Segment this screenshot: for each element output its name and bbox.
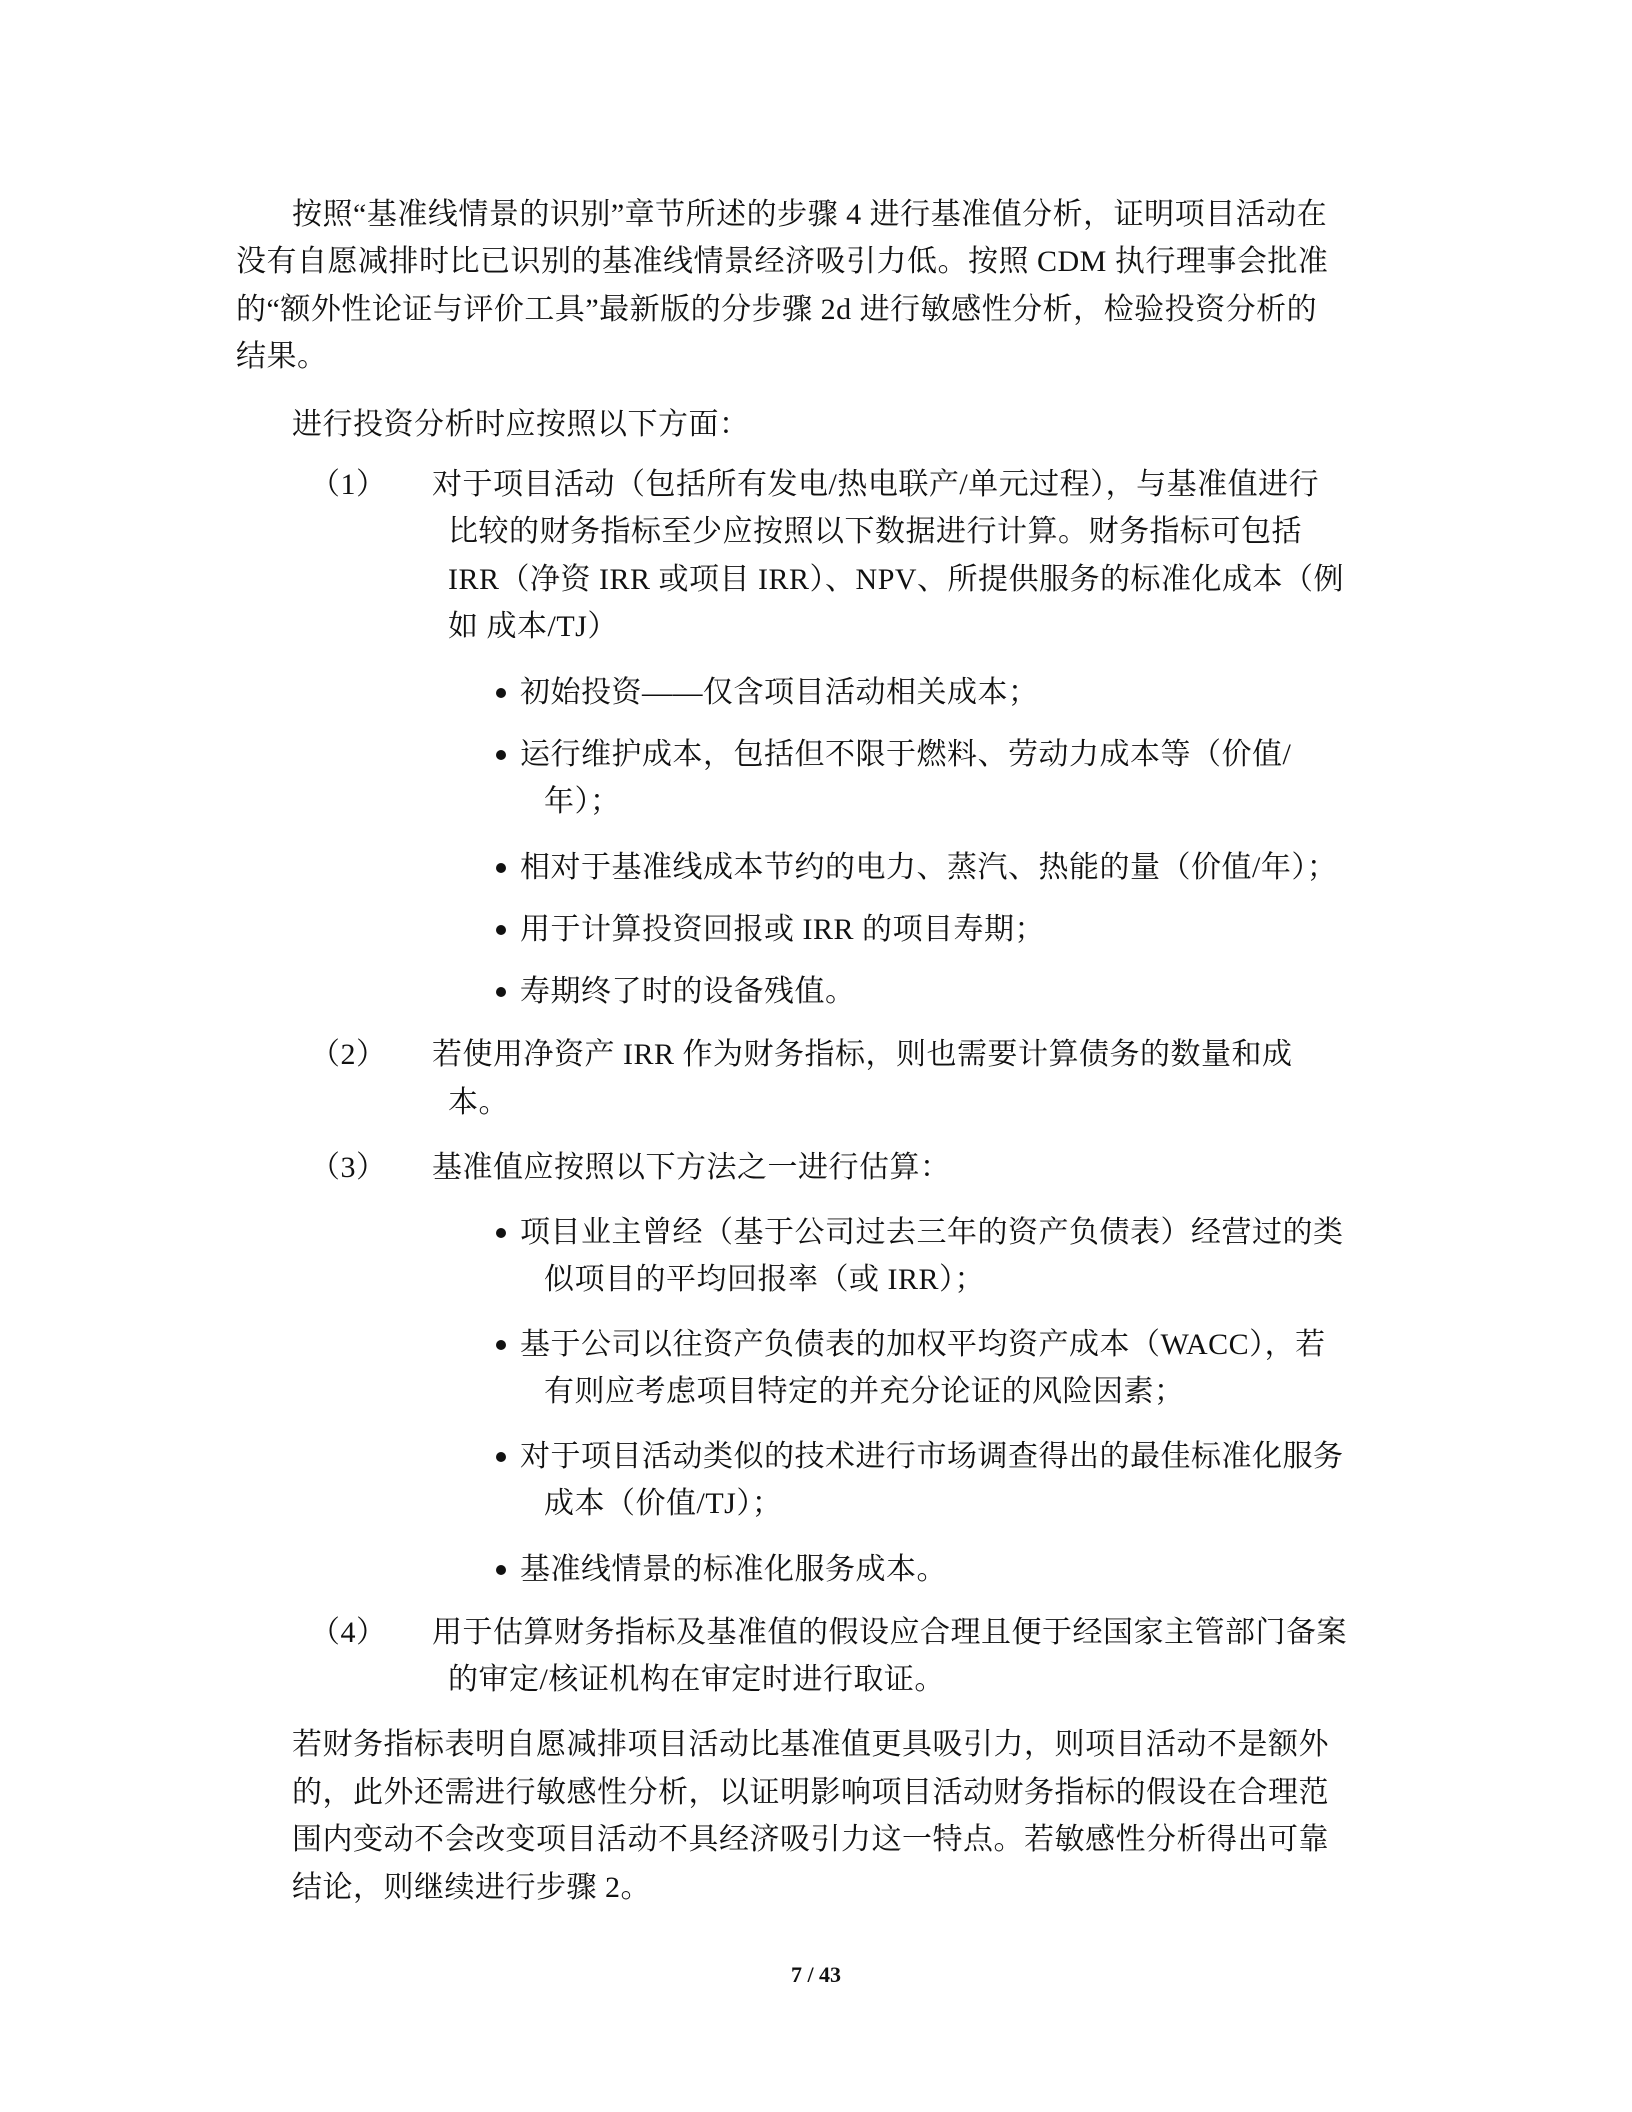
document-page: 按照“基准线情景的识别”章节所述的步骤 4 进行基准值分析，证明项目活动在 没有… (0, 0, 1632, 2112)
item-line: 比较的财务指标至少应按照以下数据进行计算。财务指标可包括 (448, 512, 1302, 552)
item-line: 本。 (448, 1083, 509, 1123)
item-label: （4） (310, 1613, 387, 1653)
bullet-icon (496, 1452, 506, 1462)
intro-text: 进行投资分析时应按照以下方面： (292, 405, 750, 445)
bullet-icon (496, 1340, 506, 1350)
item-line: 的审定/核证机构在审定时进行取证。 (448, 1660, 945, 1700)
item-line: 用于估算财务指标及基准值的假设应合理且便于经国家主管部门备案 (432, 1613, 1347, 1653)
bullet-continuation: 有则应考虑项目特定的并充分论证的风险因素； (544, 1372, 1185, 1412)
bullet-item: 用于计算投资回报或 IRR 的项目寿期； (496, 910, 1045, 950)
paragraph-line: 按照“基准线情景的识别”章节所述的步骤 4 进行基准值分析，证明项目活动在 (292, 195, 1327, 235)
item-line: 如 成本/TJ） (448, 607, 618, 647)
bullet-item: 对于项目活动类似的技术进行市场调查得出的最佳标准化服务 (496, 1437, 1344, 1477)
conclusion-line: 的，此外还需进行敏感性分析，以证明影响项目活动财务指标的假设在合理范 (292, 1773, 1329, 1813)
paragraph-line: 没有自愿减排时比已识别的基准线情景经济吸引力低。按照 CDM 执行理事会批准 (236, 242, 1328, 282)
page-number: 7 / 43 (0, 1962, 1632, 1988)
bullet-icon (496, 863, 506, 873)
bullet-icon (496, 987, 506, 997)
paragraph-line: 结果。 (236, 337, 328, 377)
conclusion-line: 若财务指标表明自愿减排项目活动比基准值更具吸引力，则项目活动不是额外 (292, 1725, 1329, 1765)
item-line: IRR（净资 IRR 或项目 IRR）、NPV、所提供服务的标准化成本（例 (448, 560, 1344, 600)
bullet-icon (496, 688, 506, 698)
bullet-icon (496, 1228, 506, 1238)
bullet-item: 基准线情景的标准化服务成本。 (496, 1550, 947, 1590)
item-line: 对于项目活动（包括所有发电/热电联产/单元过程），与基准值进行 (432, 465, 1319, 505)
bullet-item: 相对于基准线成本节约的电力、蒸汽、热能的量（价值/年）； (496, 848, 1337, 888)
item-label: （1） (310, 465, 387, 505)
conclusion-line: 结论，则继续进行步骤 2。 (292, 1868, 651, 1908)
bullet-continuation: 年）； (544, 782, 621, 822)
bullet-item: 初始投资——仅含项目活动相关成本； (496, 673, 1039, 713)
bullet-icon (496, 1565, 506, 1575)
bullet-continuation: 似项目的平均回报率（或 IRR）； (544, 1260, 985, 1300)
bullet-icon (496, 750, 506, 760)
bullet-icon (496, 925, 506, 935)
item-line: 基准值应按照以下方法之一进行估算： (432, 1148, 951, 1188)
paragraph-line: 的“额外性论证与评价工具”最新版的分步骤 2d 进行敏感性分析，检验投资分析的 (236, 290, 1317, 330)
item-line: 若使用净资产 IRR 作为财务指标，则也需要计算债务的数量和成 (432, 1035, 1293, 1075)
item-label: （3） (310, 1148, 387, 1188)
item-label: （2） (310, 1035, 387, 1075)
bullet-item: 项目业主曾经（基于公司过去三年的资产负债表）经营过的类 (496, 1213, 1344, 1253)
bullet-item: 寿期终了时的设备残值。 (496, 972, 856, 1012)
bullet-item: 基于公司以往资产负债表的加权平均资产成本（WACC），若 (496, 1325, 1326, 1365)
conclusion-line: 围内变动不会改变项目活动不具经济吸引力这一特点。若敏感性分析得出可靠 (292, 1820, 1329, 1860)
bullet-item: 运行维护成本，包括但不限于燃料、劳动力成本等（价值/ (496, 735, 1291, 775)
bullet-continuation: 成本（价值/TJ）； (544, 1484, 782, 1524)
